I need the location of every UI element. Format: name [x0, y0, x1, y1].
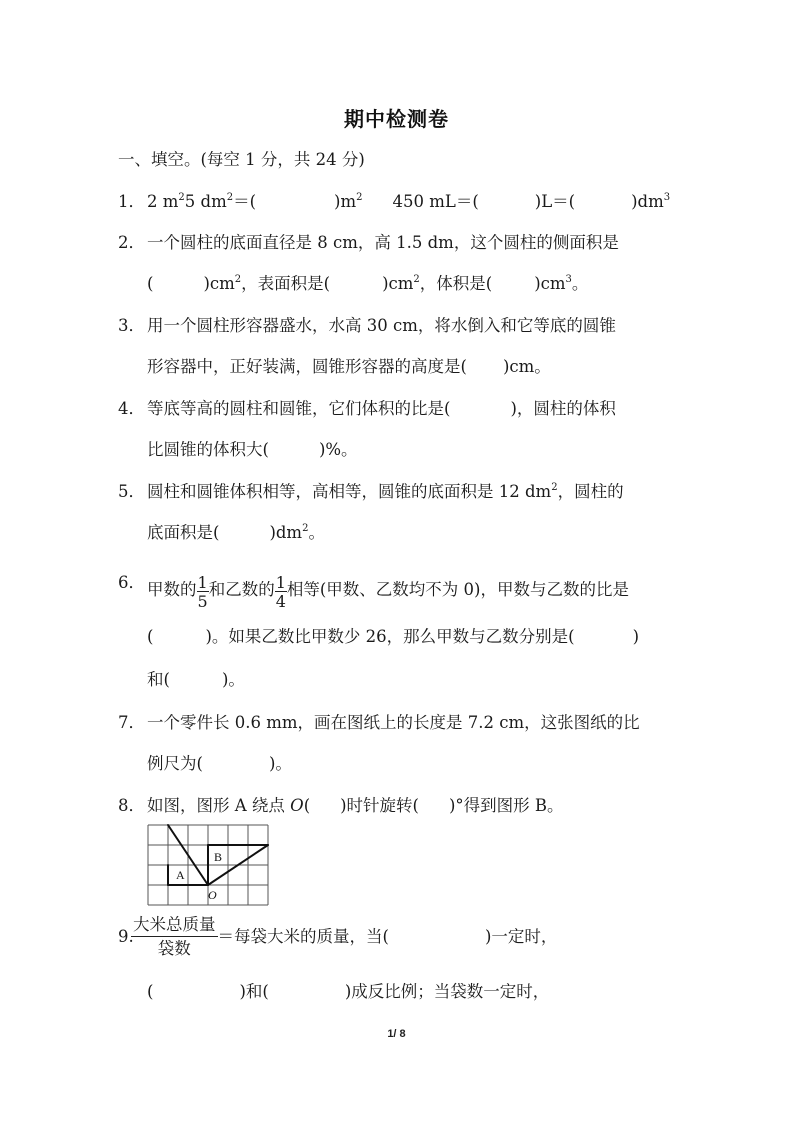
question-9-line-2: ()和()成反比例；当袋数一定时，: [147, 981, 549, 1003]
section-heading: 一、填空。(每空 1 分，共 24 分): [118, 149, 365, 171]
page-title: 期中检测卷: [0, 103, 793, 132]
question-number: 3．: [118, 315, 145, 337]
question-6-line-3: 和()。: [147, 669, 245, 691]
question-number: 2．: [118, 232, 145, 254]
question-2-line-2: ()cm2，表面积是()cm2，体积是()cm3。: [147, 273, 588, 295]
question-number: 8．: [118, 795, 145, 817]
question-6-line-2: ()。如果乙数比甲数少 26，那么甲数与乙数分别是(): [147, 626, 674, 648]
label-o: O: [208, 888, 217, 902]
fraction-one-quarter: 14: [275, 574, 287, 611]
question-text: 等底等高的圆柱和圆锥，它们体积的比是()，圆柱的体积: [147, 398, 616, 420]
fraction-one-fifth: 15: [197, 574, 209, 611]
question-text: 用一个圆柱形容器盛水，水高 30 cm，将水倒入和它等底的圆锥: [147, 315, 616, 337]
question-number: 1．: [118, 191, 145, 213]
question-text: 一个零件长 0.6 mm，画在图纸上的长度是 7.2 cm，这张图纸的比: [147, 712, 640, 734]
question-7-line-2: 例尺为()。: [147, 753, 292, 775]
question-text: 一个圆柱的底面直径是 8 cm，高 1.5 dm，这个圆柱的侧面积是: [147, 232, 619, 254]
rotation-grid-figure: A B O: [146, 823, 272, 919]
question-number: 7．: [118, 712, 145, 734]
fraction-rice-mass-over-bags: 大米总质量袋数: [131, 914, 218, 961]
question-number: 6．: [118, 572, 145, 594]
label-a: A: [176, 868, 185, 882]
page-indicator: 1/ 8: [0, 1028, 793, 1040]
question-text: 甲数的15和乙数的14相等(甲数、乙数均不为 0)，甲数与乙数的比是: [147, 572, 629, 609]
exam-page: 期中检测卷 一、填空。(每空 1 分，共 24 分) 1． 2 m25 dm2＝…: [0, 0, 793, 1122]
question-text: 圆柱和圆锥体积相等，高相等，圆锥的底面积是 12 dm2，圆柱的: [147, 481, 624, 503]
question-number: 5．: [118, 481, 145, 503]
question-4-line-2: 比圆锥的体积大()%。: [147, 439, 358, 461]
question-text: 大米总质量袋数＝每袋大米的质量，当()一定时，: [131, 914, 557, 961]
question-text: 2 m25 dm2＝()m2450 mL＝()L＝()dm3: [147, 191, 670, 213]
question-3-line-2: 形容器中，正好装满，圆锥形容器的高度是()cm。: [147, 356, 551, 378]
question-number: 4．: [118, 398, 145, 420]
question-5-line-2: 底面积是()dm2。: [147, 522, 325, 544]
question-text: 如图，图形 A 绕点 O()时针旋转()°得到图形 B。: [147, 795, 564, 817]
grid-diagram: A B O: [146, 823, 272, 915]
label-b: B: [214, 850, 222, 864]
